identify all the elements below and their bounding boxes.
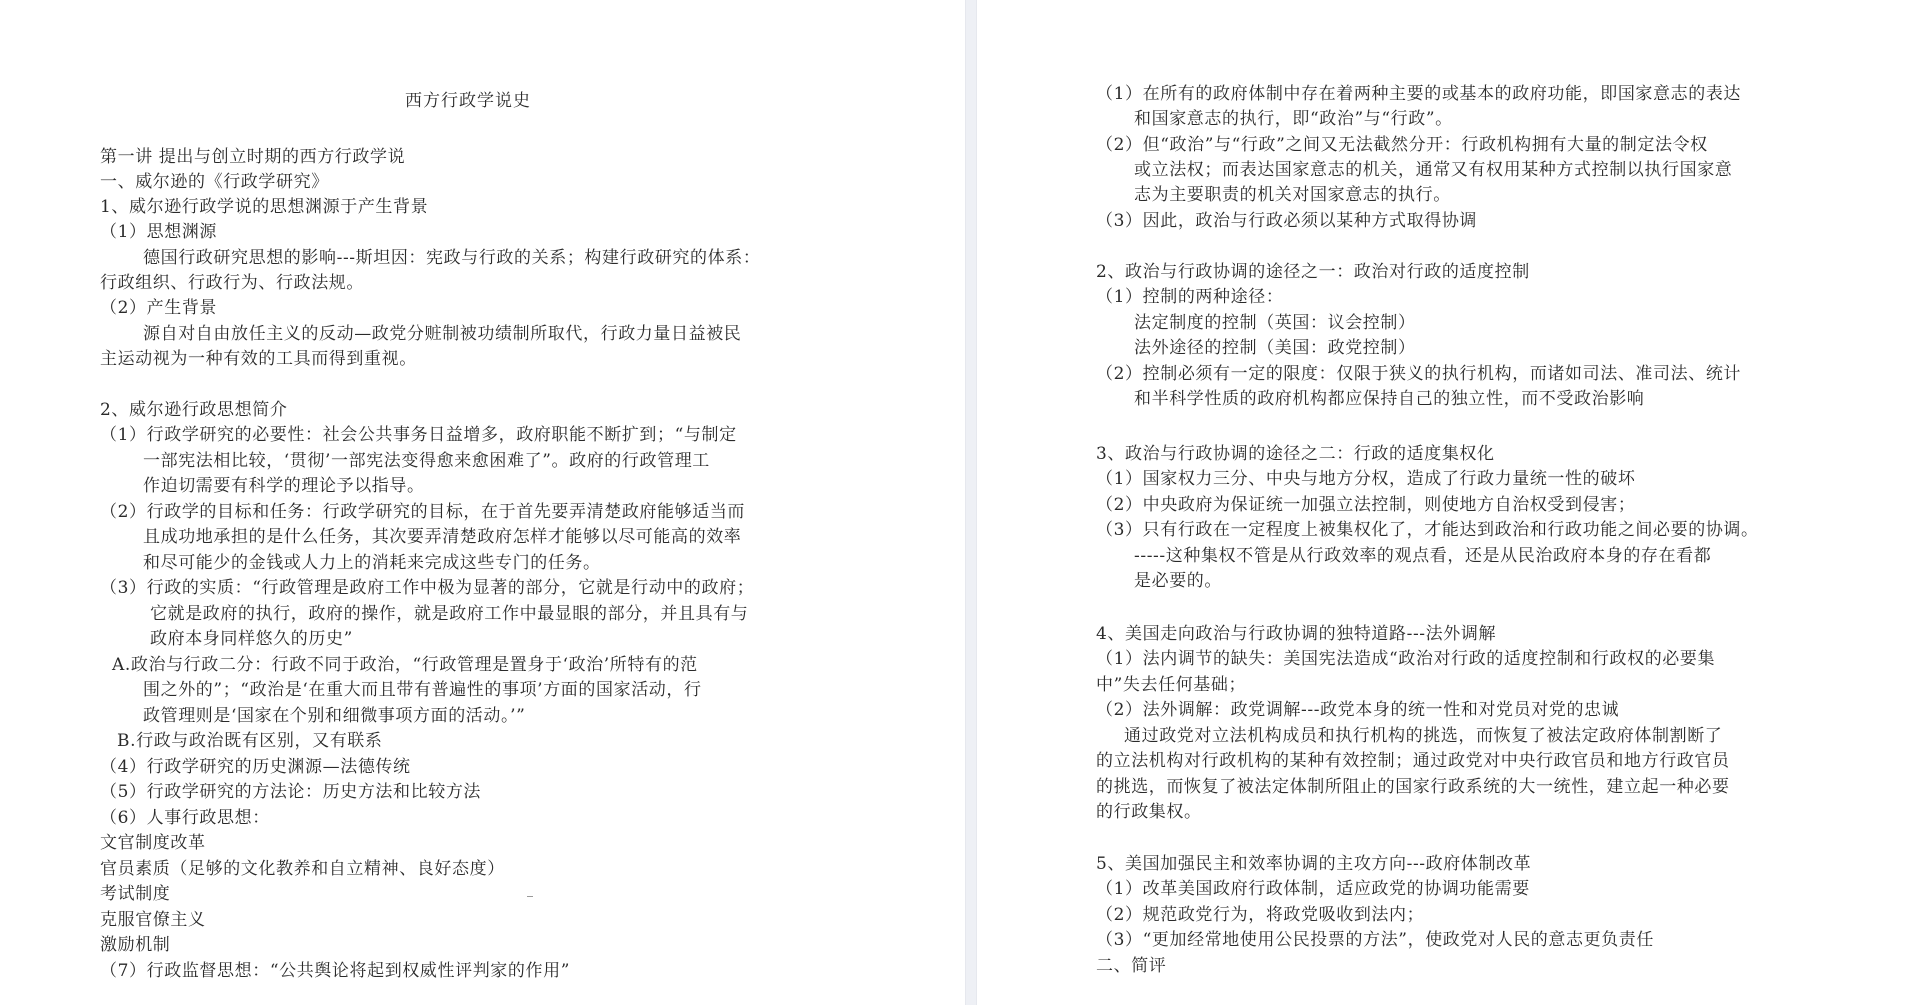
text-line: 的行政集权。 (1096, 800, 1202, 825)
text-line: 二、简评 (1096, 954, 1166, 979)
text-line: （3）只有行政在一定程度上被集权化了，才能达到政治和行政功能之间必要的协调。 (1096, 518, 1759, 543)
text-line: 它就是政府的执行，政府的操作，就是政府工作中最显眼的部分，并且具有与 (150, 602, 748, 627)
document-page-left: 西方行政学说史 第一讲 提出与创立时期的西方行政学说一、威尔逊的《行政学研究》1… (0, 0, 965, 1005)
text-line: 文官制度改革 (100, 831, 206, 856)
text-line: （3）行政的实质：“行政管理是政府工作中极为显著的部分，它就是行动中的政府； (100, 576, 754, 601)
text-line: 德国行政研究思想的影响---斯坦因：宪政与行政的关系；构建行政研究的体系： (143, 246, 760, 271)
document-title: 西方行政学说史 (405, 89, 531, 114)
text-line: 政管理则是‘国家在个别和细微事项方面的活动。’” (143, 704, 525, 729)
text-line: 的挑选，而恢复了被法定体制所阻止的国家行政系统的大一统性，建立起一种必要 (1096, 775, 1730, 800)
text-line: （1）国家权力三分、中央与地方分权，造成了行政力量统一性的破坏 (1096, 467, 1635, 492)
text-line: 激励机制 (100, 933, 170, 958)
text-line: （2）控制必须有一定的限度：仅限于狭义的执行机构，而诸如司法、准司法、统计 (1096, 362, 1741, 387)
text-line: 和国家意志的执行，即“政治”与“行政”。 (1134, 107, 1453, 132)
text-line: B.行政与政治既有区别，又有联系 (117, 729, 383, 754)
text-line: 通过政党对立法机构成员和执行机构的挑选，而恢复了被法定政府体制割断了 (1124, 724, 1722, 749)
text-line: （1）法内调节的缺失：美国宪法造成“政治对行政的适度控制和行政权的必要集 (1096, 647, 1715, 672)
text-line: 志为主要职责的机关对国家意志的执行。 (1134, 183, 1451, 208)
text-line: （1）行政学研究的必要性：社会公共事务日益增多，政府职能不断扩到；“与制定 (100, 423, 737, 448)
text-line: 一、威尔逊的《行政学研究》 (100, 170, 329, 195)
text-line: （5）行政学研究的方法论：历史方法和比较方法 (100, 780, 481, 805)
text-line: 5、美国加强民主和效率协调的主攻方向---政府体制改革 (1096, 852, 1531, 877)
text-line: 政府本身同样悠久的历史” (150, 627, 353, 652)
text-line: （1）思想渊源 (100, 220, 217, 245)
text-line: 法定制度的控制（英国：议会控制） (1134, 311, 1416, 336)
document-page-right: （1）在所有的政府体制中存在着两种主要的或基本的政府功能，即国家意志的表达和国家… (977, 0, 1914, 1005)
text-line: 官员素质（足够的文化教养和自立精神、良好态度） (100, 857, 505, 882)
text-line: 克服官僚主义 (100, 908, 206, 933)
text-line: 和尽可能少的金钱或人力上的消耗来完成这些专门的任务。 (143, 551, 601, 576)
text-line: （3）因此，政治与行政必须以某种方式取得协调 (1096, 209, 1477, 234)
text-line: 3、政治与行政协调的途径之二：行政的适度集权化 (1096, 442, 1495, 467)
text-line: （6）人事行政思想： (100, 806, 270, 831)
text-line: 一部宪法相比较，‘贯彻’一部宪法变得愈来愈困难了”。政府的行政管理工 (143, 449, 710, 474)
text-line: A.政治与行政二分：行政不同于政治，“行政管理是置身于‘政治’所特有的范 (112, 653, 698, 678)
text-line: （3）“更加经常地使用公民投票的方法”，使政党对人民的意志更负责任 (1096, 928, 1654, 953)
text-line: 源自对自由放任主义的反动—政党分赃制被功绩制所取代，行政力量日益被民 (143, 322, 741, 347)
text-line: 或立法权；而表达国家意志的机关，通常又有权用某种方式控制以执行国家意 (1134, 158, 1732, 183)
text-line: （7）行政监督思想：“公共舆论将起到权威性评判家的作用” (100, 959, 570, 984)
text-line: 围之外的”；“政治是‘在重大而且带有普遍性的事项’方面的国家活动，行 (143, 678, 702, 703)
text-line: 中”失去任何基础； (1096, 673, 1246, 698)
text-line: 是必要的。 (1134, 569, 1222, 594)
text-line: （2）中央政府为保证统一加强立法控制，则使地方自治权受到侵害； (1096, 493, 1635, 518)
text-line: 且成功地承担的是什么任务，其次要弄清楚政府怎样才能够以尽可能高的效率 (143, 525, 741, 550)
text-line: 考试制度 (100, 882, 170, 907)
text-line: 第一讲 提出与创立时期的西方行政学说 (100, 145, 405, 170)
text-line: （2）产生背景 (100, 296, 217, 321)
text-line: 2、威尔逊行政思想简介 (100, 398, 287, 423)
text-line: 的立法机构对行政机构的某种有效控制；通过政党对中央行政官员和地方行政官员 (1096, 749, 1730, 774)
stray-mark (527, 896, 533, 897)
text-line: （2）但“政治”与“行政”之间又无法截然分开：行政机构拥有大量的制定法令权 (1096, 133, 1708, 158)
text-line: 主运动视为一种有效的工具而得到重视。 (100, 347, 417, 372)
text-line: （1）控制的两种途径： (1096, 285, 1283, 310)
text-line: （1）改革美国政府行政体制，适应政党的协调功能需要 (1096, 877, 1530, 902)
text-line: 行政组织、行政行为、行政法规。 (100, 271, 364, 296)
text-line: 作迫切需要有科学的理论予以指导。 (143, 474, 425, 499)
text-line: （1）在所有的政府体制中存在着两种主要的或基本的政府功能，即国家意志的表达 (1096, 82, 1741, 107)
text-line: 法外途径的控制（美国：政党控制） (1134, 336, 1416, 361)
text-line: （2）规范政党行为，将政党吸收到法内； (1096, 903, 1424, 928)
text-line: 和半科学性质的政府机构都应保持自己的独立性，而不受政治影响 (1134, 387, 1644, 412)
text-line: 1、威尔逊行政学说的思想渊源于产生背景 (100, 195, 428, 220)
text-line: 2、政治与行政协调的途径之一：政治对行政的适度控制 (1096, 260, 1530, 285)
text-line: 4、美国走向政治与行政协调的独特道路---法外调解 (1096, 622, 1496, 647)
text-line: （2）法外调解：政党调解---政党本身的统一性和对党员对党的忠诚 (1096, 698, 1619, 723)
text-line: （2）行政学的目标和任务：行政学研究的目标，在于首先要弄清楚政府能够适当而 (100, 500, 745, 525)
text-line: （4）行政学研究的历史渊源—法德传统 (100, 755, 411, 780)
text-line: -----这种集权不管是从行政效率的观点看，还是从民治政府本身的存在看都 (1134, 544, 1711, 569)
page-gutter-divider (965, 0, 977, 1005)
